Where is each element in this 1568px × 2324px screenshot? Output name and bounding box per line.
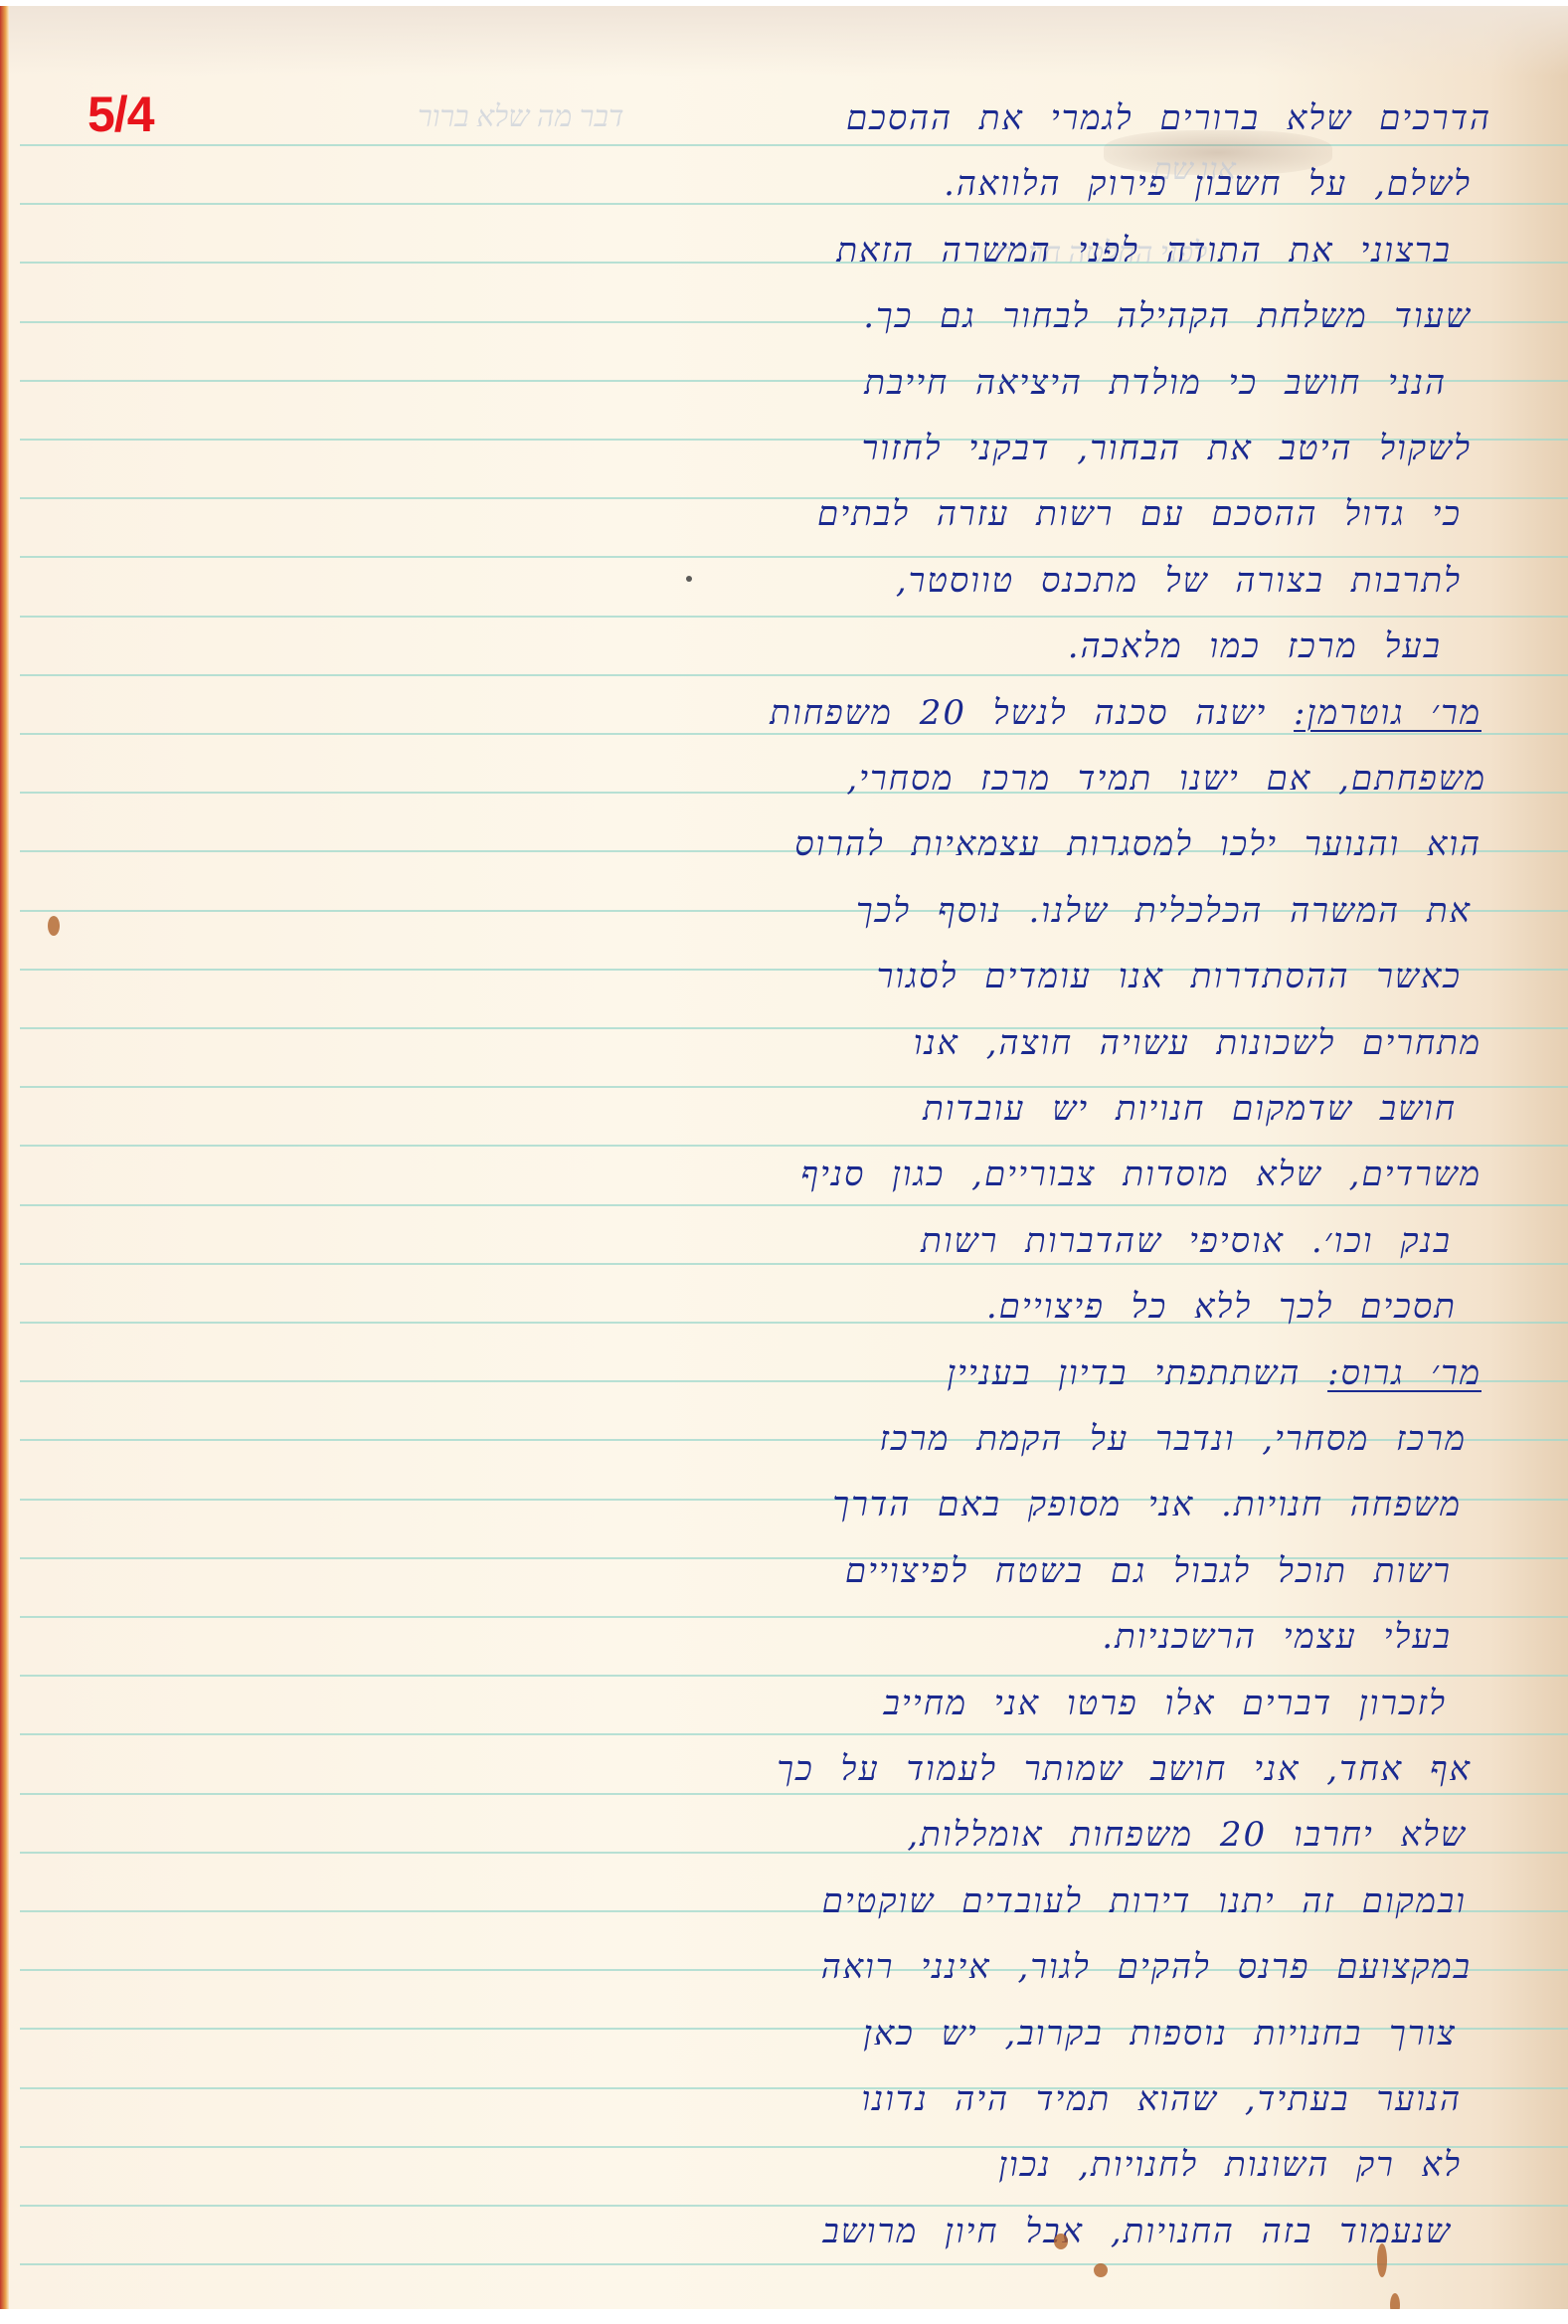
line-text: הנני חושב כי מולדת היציאה חייבת	[864, 363, 1447, 403]
line-text: ברצוני את התודה לפני המשרה הזאת	[836, 231, 1452, 270]
speaker-name: מר׳ גרוס:	[1327, 1353, 1481, 1393]
handwritten-line: משפחה חנויות. אני מסופק באם הדרך	[832, 1488, 1462, 1521]
handwritten-line: ברצוני את התודה לפני המשרה הזאת	[836, 234, 1452, 268]
line-text: כי גדול ההסכם עם רשות עזרה לבתים	[817, 494, 1462, 534]
line-text: רשות תוכל לגבול גם בשטח לפיצויים	[845, 1551, 1452, 1591]
handwritten-line: לתרבות בצורה של מתכנס טווסטר,	[896, 564, 1462, 598]
handwritten-line: לשלם, על חשבון פירוק הלוואה.	[944, 167, 1472, 201]
handwritten-line: משפחתם, אם ישנו תמיד מרכז מסחרי,	[846, 762, 1486, 796]
ruled-line	[20, 1204, 1568, 1206]
handwritten-line: במקצועם פרנס להקים לגור, אינני רואה	[821, 1950, 1472, 1984]
line-text: במקצועם פרנס להקים לגור, אינני רואה	[821, 1947, 1472, 1987]
line-text: בעל מרכז כמו מלאכה.	[1068, 626, 1442, 666]
line-text: ישנה סכנה לנשל 20 משפחות	[770, 693, 1267, 733]
line-text: לשלם, על חשבון פירוק הלוואה.	[944, 164, 1472, 204]
line-text: בנק וכו׳. אוסיפי שהדברות רשות	[921, 1221, 1452, 1261]
ruled-line	[20, 1675, 1568, 1677]
page-left-edge	[0, 6, 9, 2309]
line-text: מרכז מסחרי, ונדבר על הקמת מרכז	[879, 1419, 1467, 1459]
bleed-through-text: דבר מה שלא ברור	[418, 100, 623, 134]
handwritten-line: הנני חושב כי מולדת היציאה חייבת	[864, 366, 1447, 400]
line-text: לשקול היטב את הבחור, דבקני לחזור	[862, 429, 1472, 468]
handwritten-line: שנעמוד בזה החנויות, אבל חיון מרושב	[822, 2215, 1452, 2248]
handwritten-line: תסכים לכך ללא כל פיצויים.	[986, 1290, 1457, 1324]
ruled-line	[20, 1263, 1568, 1265]
handwritten-line: אף אחד, אני חושב שמותר לעמוד על כך	[777, 1752, 1472, 1786]
ruled-line	[20, 144, 1568, 146]
line-text: בעלי עצמי הרשכניות.	[1102, 1617, 1452, 1657]
line-text: לא רק השונות לחנויות, נכון	[998, 2145, 1462, 2185]
handwritten-line: שלא יחרבו 20 משפחות אומללות,	[907, 1818, 1467, 1852]
handwritten-line: מר׳ גוטרמן: ישנה סכנה לנשל 20 משפחות	[770, 696, 1481, 730]
line-text: את המשרה הכלכלית שלנו. נוסף לכך	[856, 891, 1472, 931]
ink-stain	[48, 916, 60, 936]
ruled-line	[20, 1086, 1568, 1088]
line-text: שלא יחרבו 20 משפחות אומללות,	[907, 1815, 1467, 1855]
line-text: לזכרון דברים אלו פרטו אני מחייב	[884, 1684, 1448, 1723]
ink-stain	[1390, 2293, 1400, 2309]
line-text: הוא והנוער ילכו למסגרות עצמאיות להרוס	[794, 824, 1481, 864]
handwritten-line: בעלי עצמי הרשכניות.	[1102, 1620, 1452, 1654]
handwritten-line: מר׳ גרוס: השתתפתי בדיון בעניין	[947, 1356, 1481, 1390]
line-text: תסכים לכך ללא כל פיצויים.	[986, 1287, 1457, 1327]
ruled-line	[20, 1793, 1568, 1795]
handwritten-line: הוא והנוער ילכו למסגרות עצמאיות להרוס	[794, 827, 1481, 861]
line-text: חושב שדמקום חנויות יש עובדות	[923, 1089, 1457, 1129]
handwritten-line: שעוד משלחת הקהילה לבחור גם כך.	[863, 299, 1472, 333]
handwritten-line: הדרכים שלא ברורים לגמרי את ההסכם	[846, 101, 1491, 135]
ruled-line	[20, 2263, 1568, 2265]
handwritten-line: הנוער בעתיד, שהוא תמיד היה נדונו	[861, 2082, 1462, 2116]
handwritten-line: בעל מרכז כמו מלאכה.	[1068, 629, 1442, 663]
handwritten-line: את המשרה הכלכלית שלנו. נוסף לכך	[856, 894, 1472, 928]
line-text: כאשר ההסתדרות אנו עומדים לסגור	[877, 957, 1462, 996]
ink-stain	[1377, 2243, 1387, 2277]
line-text: אף אחד, אני חושב שמותר לעמוד על כך	[777, 1749, 1472, 1789]
handwritten-line: משרדים, שלא מוסדות צבוריים, כגון סניף	[800, 1158, 1481, 1191]
handwritten-line: לזכרון דברים אלו פרטו אני מחייב	[884, 1687, 1448, 1720]
page-number-label: 5/4	[87, 89, 154, 139]
line-text: משפחה חנויות. אני מסופק באם הדרך	[832, 1485, 1462, 1524]
ruled-line	[20, 733, 1568, 735]
speaker-name: מר׳ גוטרמן:	[1294, 693, 1481, 733]
line-text: משפחתם, אם ישנו תמיד מרכז מסחרי,	[846, 759, 1486, 799]
handwritten-line: ובמקום זה יתנו דירות לעובדים שוקטים	[822, 1884, 1467, 1918]
handwritten-line: כאשר ההסתדרות אנו עומדים לסגור	[877, 960, 1462, 993]
ruled-line	[20, 1145, 1568, 1147]
handwritten-line: כי גדול ההסכם עם רשות עזרה לבתים	[817, 497, 1462, 531]
line-text: מתחרים לשכונות עשויה חוצה, אנו	[914, 1023, 1481, 1063]
line-text: הנוער בעתיד, שהוא תמיד היה נדונו	[861, 2079, 1462, 2119]
handwritten-line: בנק וכו׳. אוסיפי שהדברות רשות	[921, 1224, 1452, 1258]
line-text: השתתפתי בדיון בעניין	[947, 1353, 1301, 1393]
line-text: צורך בחנויות נוספות בקרוב, יש כאן	[863, 2014, 1457, 2054]
ink-stain	[686, 576, 692, 582]
ruled-line	[20, 2205, 1568, 2207]
handwritten-line: רשות תוכל לגבול גם בשטח לפיצויים	[845, 1554, 1452, 1588]
handwritten-line: צורך בחנויות נוספות בקרוב, יש כאן	[863, 2017, 1457, 2051]
handwritten-line: לא רק השונות לחנויות, נכון	[998, 2148, 1462, 2182]
line-text: משרדים, שלא מוסדות צבוריים, כגון סניף	[800, 1155, 1481, 1194]
handwritten-line: חושב שדמקום חנויות יש עובדות	[923, 1092, 1457, 1126]
handwritten-line: מתחרים לשכונות עשויה חוצה, אנו	[914, 1026, 1481, 1060]
ruled-line	[20, 1733, 1568, 1735]
line-text: הדרכים שלא ברורים לגמרי את ההסכם	[846, 98, 1491, 138]
notebook-page: 5/4 דבר מה שלא ברור אנו שם לפני החלטה חו…	[0, 6, 1568, 2309]
line-text: ובמקום זה יתנו דירות לעובדים שוקטים	[822, 1881, 1467, 1921]
handwritten-line: לשקול היטב את הבחור, דבקני לחזור	[862, 432, 1472, 465]
ruled-line	[20, 616, 1568, 618]
line-text: שעוד משלחת הקהילה לבחור גם כך.	[863, 296, 1472, 336]
line-text: שנעמוד בזה החנויות, אבל חיון מרושב	[822, 2212, 1452, 2251]
ink-stain	[1054, 2234, 1068, 2249]
handwritten-line: מרכז מסחרי, ונדבר על הקמת מרכז	[879, 1422, 1467, 1456]
ruled-line	[20, 556, 1568, 558]
ink-stain	[1094, 2263, 1108, 2277]
ruled-line	[20, 674, 1568, 676]
line-text: לתרבות בצורה של מתכנס טווסטר,	[896, 561, 1462, 601]
